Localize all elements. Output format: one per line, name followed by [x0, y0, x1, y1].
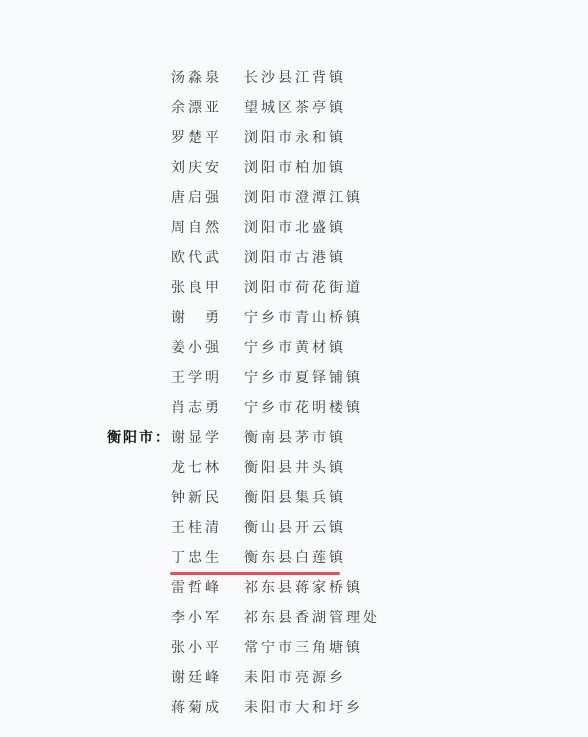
person-name: 肖志勇 — [171, 396, 222, 420]
place-name: 衡南县茅市镇 — [244, 426, 346, 450]
place-name: 浏阳市古港镇 — [244, 246, 346, 270]
list-row: 张小平 常宁市三角塘镇 — [0, 636, 588, 666]
list-row: 谢 勇 宁乡市青山桥镇 — [0, 306, 588, 336]
award-list: 汤淼泉 长沙县江背镇 余漂亚 望城区茶亭镇 罗楚平 浏阳市永和镇 刘庆安 浏阳市… — [0, 66, 588, 726]
list-row: 欧代武 浏阳市古港镇 — [0, 246, 588, 276]
list-row: 钟新民 衡阳县集兵镇 — [0, 486, 588, 516]
list-row: 雷哲峰 祁东县蒋家桥镇 — [0, 576, 588, 606]
list-row: 肖志勇 宁乡市花明楼镇 — [0, 396, 588, 426]
person-name: 唐启强 — [171, 186, 222, 210]
person-name: 龙七林 — [171, 456, 222, 480]
place-name: 宁乡市黄材镇 — [244, 336, 346, 360]
place-name: 衡阳县集兵镇 — [244, 486, 346, 510]
person-name: 谢显学 — [171, 426, 222, 450]
person-name: 余漂亚 — [171, 96, 222, 120]
place-name: 常宁市三角塘镇 — [244, 636, 363, 660]
highlighted-list-row: 丁忠生 衡东县白莲镇 — [0, 546, 588, 576]
person-name: 雷哲峰 — [171, 576, 222, 600]
person-name: 罗楚平 — [171, 126, 222, 150]
place-name: 宁乡市青山桥镇 — [244, 306, 363, 330]
list-row: 王学明 宁乡市夏铎铺镇 — [0, 366, 588, 396]
person-name: 周自然 — [171, 216, 222, 240]
list-row: 余漂亚 望城区茶亭镇 — [0, 96, 588, 126]
place-name: 衡山县开云镇 — [244, 516, 346, 540]
place-name: 祁东县蒋家桥镇 — [244, 576, 363, 600]
list-row: 龙七林 衡阳县井头镇 — [0, 456, 588, 486]
place-name: 宁乡市花明楼镇 — [244, 396, 363, 420]
person-name: 汤淼泉 — [171, 66, 222, 90]
place-name: 宁乡市夏铎铺镇 — [244, 366, 363, 390]
person-name: 王学明 — [171, 366, 222, 390]
place-name: 衡东县白莲镇 — [244, 546, 346, 570]
list-row: 刘庆安 浏阳市柏加镇 — [0, 156, 588, 186]
person-name: 钟新民 — [171, 486, 222, 510]
person-name: 谢廷峰 — [171, 666, 222, 690]
place-name: 耒阳市亮源乡 — [244, 666, 346, 690]
person-name: 丁忠生 — [171, 546, 222, 570]
person-name: 张小平 — [171, 636, 222, 660]
list-row: 衡阳市： 谢显学 衡南县茅市镇 — [0, 426, 588, 456]
list-row: 蒋菊成 耒阳市大和圩乡 — [0, 696, 588, 726]
list-row: 李小军 祁东县香湖管理处 — [0, 606, 588, 636]
place-name: 浏阳市永和镇 — [244, 126, 346, 150]
list-row: 周自然 浏阳市北盛镇 — [0, 216, 588, 246]
person-name: 王桂清 — [171, 516, 222, 540]
place-name: 浏阳市北盛镇 — [244, 216, 346, 240]
person-name: 蒋菊成 — [171, 696, 222, 720]
person-name: 张良甲 — [171, 276, 222, 300]
place-name: 祁东县香湖管理处 — [244, 606, 380, 630]
list-row: 罗楚平 浏阳市永和镇 — [0, 126, 588, 156]
place-name: 望城区茶亭镇 — [244, 96, 346, 120]
place-name: 浏阳市柏加镇 — [244, 156, 346, 180]
list-row: 张良甲 浏阳市荷花街道 — [0, 276, 588, 306]
place-name: 长沙县江背镇 — [244, 66, 346, 90]
place-name: 耒阳市大和圩乡 — [244, 696, 363, 720]
place-name: 浏阳市荷花街道 — [244, 276, 363, 300]
region-label-hengyang: 衡阳市： — [107, 426, 171, 450]
red-underline-highlight — [170, 572, 340, 575]
list-row: 王桂清 衡山县开云镇 — [0, 516, 588, 546]
person-name: 谢 勇 — [171, 306, 222, 330]
place-name: 衡阳县井头镇 — [244, 456, 346, 480]
place-name: 浏阳市澄潭江镇 — [244, 186, 363, 210]
person-name: 刘庆安 — [171, 156, 222, 180]
list-row: 唐启强 浏阳市澄潭江镇 — [0, 186, 588, 216]
person-name: 李小军 — [171, 606, 222, 630]
list-row: 谢廷峰 耒阳市亮源乡 — [0, 666, 588, 696]
person-name: 欧代武 — [171, 246, 222, 270]
list-row: 汤淼泉 长沙县江背镇 — [0, 66, 588, 96]
person-name: 姜小强 — [171, 336, 222, 360]
list-row: 姜小强 宁乡市黄材镇 — [0, 336, 588, 366]
